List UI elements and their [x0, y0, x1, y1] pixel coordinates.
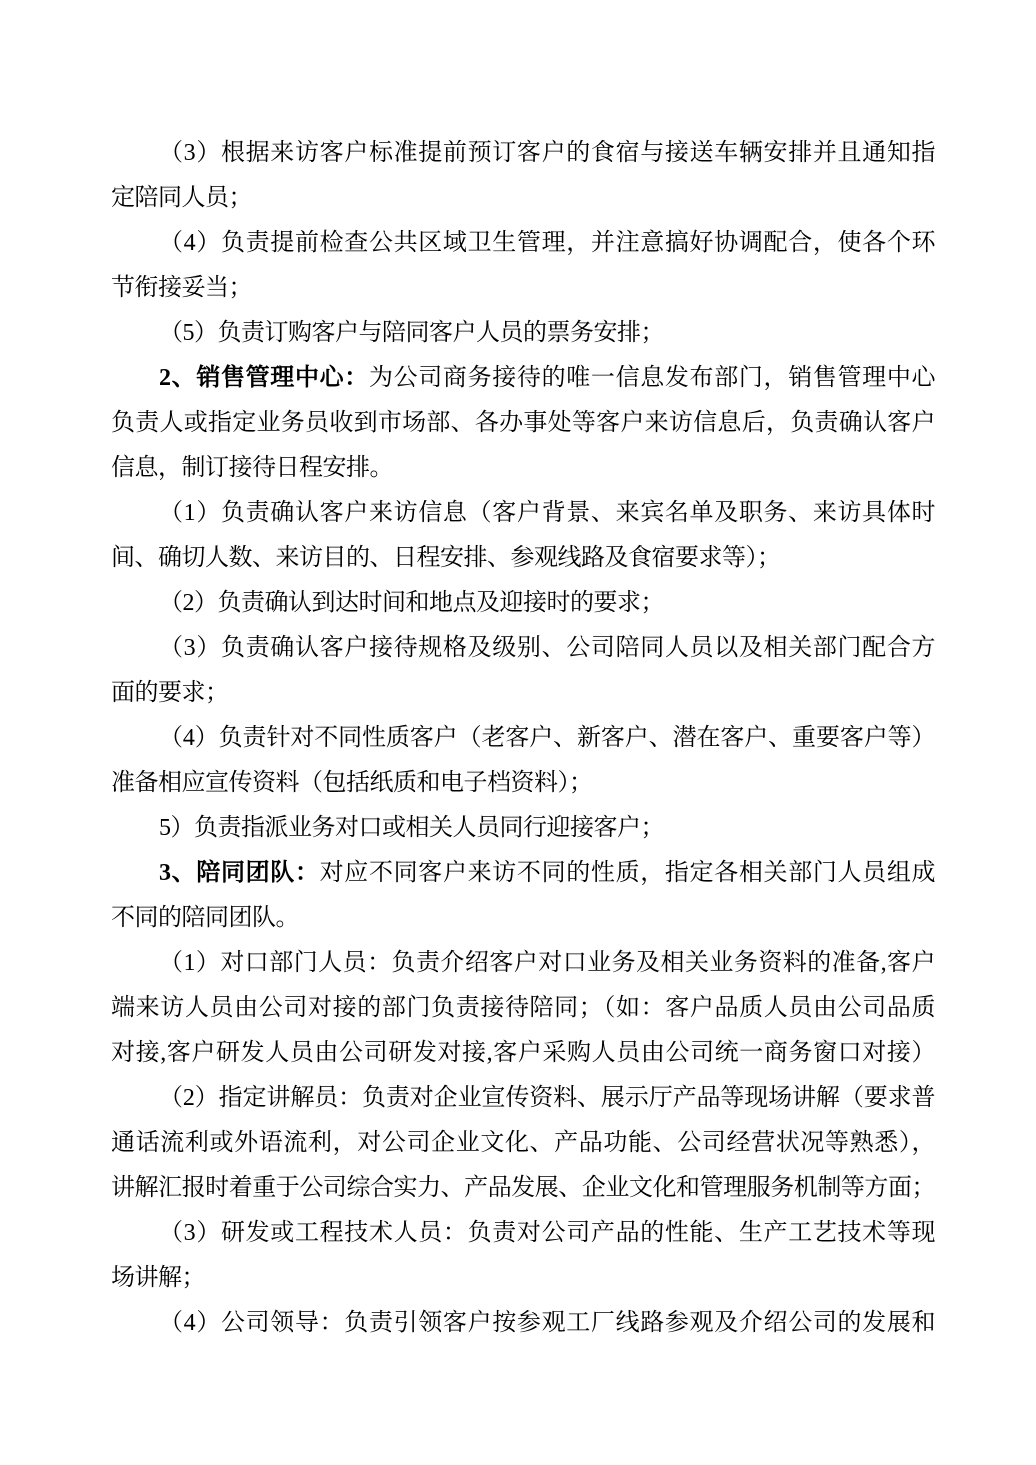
- text-line: 3、陪同团队：对应不同客户来访不同的性质，指定各相关部门人员组成: [111, 851, 935, 896]
- text-line: 通话流利或外语流利，对公司企业文化、产品功能、公司经营状况等熟悉），: [111, 1121, 935, 1166]
- text-run: 节衔接妥当；: [111, 275, 252, 301]
- text-run: 通话流利或外语流利，对公司企业文化、产品功能、公司经营状况等熟悉），: [111, 1130, 935, 1156]
- text-line: （4）公司领导：负责引领客户按参观工厂线路参观及介绍公司的发展和: [111, 1301, 935, 1346]
- text-line: （4）负责提前检查公共区域卫生管理，并注意搞好协调配合，使各个环: [111, 221, 935, 266]
- text-line: （1）对口部门人员：负责介绍客户对口业务及相关业务资料的准备,客户: [111, 941, 935, 986]
- text-run: 负责人或指定业务员收到市场部、各办事处等客户来访信息后，负责确认客户: [111, 410, 935, 436]
- text-run: 准备相应宣传资料（包括纸质和电子档资料）；: [111, 770, 593, 796]
- text-run: 面的要求；: [111, 680, 229, 706]
- text-run: 定陪同人员；: [111, 185, 252, 211]
- text-run: （1）负责确认客户来访信息（客户背景、来宾名单及职务、来访具体时: [159, 500, 935, 526]
- text-run: （3）负责确认客户接待规格及级别、公司陪同人员以及相关部门配合方: [159, 635, 935, 661]
- text-line: （3）负责确认客户接待规格及级别、公司陪同人员以及相关部门配合方: [111, 626, 935, 671]
- text-line: （2）指定讲解员：负责对企业宣传资料、展示厅产品等现场讲解（要求普: [111, 1076, 935, 1121]
- text-line: 对接,客户研发人员由公司研发对接,客户采购人员由公司统一商务窗口对接）: [111, 1031, 935, 1076]
- text-run: （1）对口部门人员：负责介绍客户对口业务及相关业务资料的准备,客户: [159, 950, 935, 976]
- text-line: 不同的陪同团队。: [111, 896, 935, 941]
- text-line: （5）负责订购客户与陪同客户人员的票务安排；: [111, 311, 935, 356]
- text-run: 场讲解；: [111, 1265, 205, 1291]
- text-run: 端来访人员由公司对接的部门负责接待陪同；（如：客户品质人员由公司品质: [111, 995, 935, 1021]
- text-run: 信息，制订接待日程安排。: [111, 455, 393, 481]
- text-run: 不同的陪同团队。: [111, 905, 299, 931]
- text-line: （1）负责确认客户来访信息（客户背景、来宾名单及职务、来访具体时: [111, 491, 935, 536]
- text-run: （5）负责订购客户与陪同客户人员的票务安排；: [159, 320, 664, 346]
- text-line: 间、确切人数、来访目的、日程安排、参观线路及食宿要求等）；: [111, 536, 935, 581]
- text-line: （2）负责确认到达时间和地点及迎接时的要求；: [111, 581, 935, 626]
- text-line: 节衔接妥当；: [111, 266, 935, 311]
- text-line: （3）研发或工程技术人员：负责对公司产品的性能、生产工艺技术等现: [111, 1211, 935, 1256]
- text-run: 为公司商务接待的唯一信息发布部门，销售管理中心: [369, 365, 935, 391]
- text-run: 对接,客户研发人员由公司研发对接,客户采购人员由公司统一商务窗口对接）: [111, 1040, 935, 1066]
- text-line: 5）负责指派业务对口或相关人员同行迎接客户；: [111, 806, 935, 851]
- text-run: （4）公司领导：负责引领客户按参观工厂线路参观及介绍公司的发展和: [159, 1310, 935, 1336]
- section-heading: 2、销售管理中心：: [159, 365, 369, 391]
- text-run: 对应不同客户来访不同的性质，指定各相关部门人员组成: [320, 860, 935, 886]
- text-line: 讲解汇报时着重于公司综合实力、产品发展、企业文化和管理服务机制等方面；: [111, 1166, 935, 1211]
- text-line: 负责人或指定业务员收到市场部、各办事处等客户来访信息后，负责确认客户: [111, 401, 935, 446]
- text-line: 信息，制订接待日程安排。: [111, 446, 935, 491]
- text-run: 间、确切人数、来访目的、日程安排、参观线路及食宿要求等）；: [111, 545, 781, 571]
- text-run: 讲解汇报时着重于公司综合实力、产品发展、企业文化和管理服务机制等方面；: [111, 1175, 935, 1201]
- text-run: （3）研发或工程技术人员：负责对公司产品的性能、生产工艺技术等现: [159, 1220, 935, 1246]
- text-line: 定陪同人员；: [111, 176, 935, 221]
- text-line: （3）根据来访客户标准提前预订客户的食宿与接送车辆安排并且通知指: [111, 131, 935, 176]
- text-run: （4）负责提前检查公共区域卫生管理，并注意搞好协调配合，使各个环: [159, 230, 935, 256]
- text-line: 场讲解；: [111, 1256, 935, 1301]
- text-run: （4）负责针对不同性质客户（老客户、新客户、潜在客户、重要客户等）: [159, 725, 935, 751]
- text-run: （2）指定讲解员：负责对企业宣传资料、展示厅产品等现场讲解（要求普: [159, 1085, 935, 1111]
- text-line: 2、销售管理中心：为公司商务接待的唯一信息发布部门，销售管理中心: [111, 356, 935, 401]
- text-line: （4）负责针对不同性质客户（老客户、新客户、潜在客户、重要客户等）: [111, 716, 935, 761]
- text-line: 面的要求；: [111, 671, 935, 716]
- section-heading: 3、陪同团队：: [159, 860, 320, 886]
- document-page: （3）根据来访客户标准提前预订客户的食宿与接送车辆安排并且通知指定陪同人员；（4…: [0, 0, 1036, 1465]
- text-run: （2）负责确认到达时间和地点及迎接时的要求；: [159, 590, 664, 616]
- text-run: 5）负责指派业务对口或相关人员同行迎接客户；: [159, 815, 664, 841]
- document-body: （3）根据来访客户标准提前预订客户的食宿与接送车辆安排并且通知指定陪同人员；（4…: [111, 131, 935, 1346]
- text-line: 端来访人员由公司对接的部门负责接待陪同；（如：客户品质人员由公司品质: [111, 986, 935, 1031]
- text-line: 准备相应宣传资料（包括纸质和电子档资料）；: [111, 761, 935, 806]
- text-run: （3）根据来访客户标准提前预订客户的食宿与接送车辆安排并且通知指: [159, 140, 935, 166]
